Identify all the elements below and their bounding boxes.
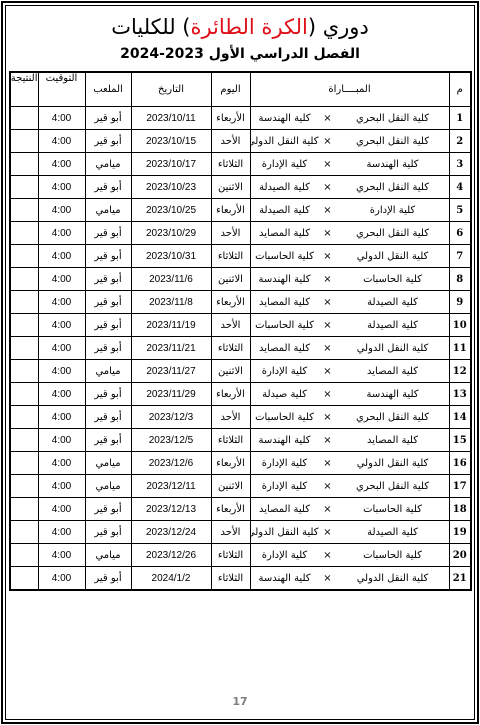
match-date: 2023/12/24 bbox=[131, 521, 211, 544]
match-day: الأحد bbox=[211, 314, 250, 337]
match-cell: كلية الصيدلة×كلية المصايد bbox=[250, 291, 449, 314]
match-time: 4:00 bbox=[38, 452, 85, 475]
match-number: 14 bbox=[449, 406, 471, 429]
home-team: كلية الصيدلة bbox=[337, 297, 449, 308]
home-team: كلية النقل الدولي bbox=[337, 343, 449, 354]
match-number: 7 bbox=[449, 245, 471, 268]
vs-symbol: × bbox=[319, 228, 337, 239]
match-date: 2023/11/29 bbox=[131, 383, 211, 406]
match-day: الأحد bbox=[211, 521, 250, 544]
match-venue: أبو قير bbox=[85, 498, 131, 521]
table-row: 13كلية الهندسة×كلية صيدلةالأربعاء2023/11… bbox=[10, 383, 471, 406]
away-team: كلية الإدارة bbox=[251, 366, 319, 377]
vs-symbol: × bbox=[319, 113, 337, 124]
match-day: الأربعاء bbox=[211, 291, 250, 314]
match-venue: أبو قير bbox=[85, 176, 131, 199]
away-team: كلية الهندسة bbox=[251, 573, 319, 584]
home-team: كلية النقل البحري bbox=[337, 228, 449, 239]
match-number: 10 bbox=[449, 314, 471, 337]
match-result bbox=[10, 176, 38, 199]
away-team: كلية الإدارة bbox=[251, 458, 319, 469]
match-number: 21 bbox=[449, 567, 471, 591]
vs-symbol: × bbox=[319, 412, 337, 423]
match-venue: أبو قير bbox=[85, 406, 131, 429]
vs-symbol: × bbox=[319, 504, 337, 515]
match-day: الثلاثاء bbox=[211, 544, 250, 567]
away-team: كلية صيدلة bbox=[251, 389, 319, 400]
vs-symbol: × bbox=[319, 205, 337, 216]
match-cell: كلية النقل البحري×كلية الصيدلة bbox=[250, 176, 449, 199]
match-result bbox=[10, 107, 38, 130]
match-venue: ميامي bbox=[85, 360, 131, 383]
match-result bbox=[10, 360, 38, 383]
match-time: 4:00 bbox=[38, 107, 85, 130]
table-row: 18كلية الحاسبات×كلية المصايدالأربعاء2023… bbox=[10, 498, 471, 521]
match-number: 5 bbox=[449, 199, 471, 222]
match-day: الثلاثاء bbox=[211, 567, 250, 591]
match-venue: أبو قير bbox=[85, 107, 131, 130]
vs-symbol: × bbox=[319, 481, 337, 492]
match-date: 2023/11/21 bbox=[131, 337, 211, 360]
table-row: 6كلية النقل البحري×كلية المصايدالأحد2023… bbox=[10, 222, 471, 245]
match-date: 2023/11/27 bbox=[131, 360, 211, 383]
match-time: 4:00 bbox=[38, 383, 85, 406]
home-team: كلية الهندسة bbox=[337, 159, 449, 170]
match-number: 15 bbox=[449, 429, 471, 452]
away-team: كلية الصيدلة bbox=[251, 182, 319, 193]
table-row: 12كلية المصايد×كلية الإدارةالاثنين2023/1… bbox=[10, 360, 471, 383]
match-venue: أبو قير bbox=[85, 383, 131, 406]
match-day: الأربعاء bbox=[211, 199, 250, 222]
table-row: 11كلية النقل الدولي×كلية المصايدالثلاثاء… bbox=[10, 337, 471, 360]
vs-symbol: × bbox=[319, 389, 337, 400]
match-number: 2 bbox=[449, 130, 471, 153]
match-day: الثلاثاء bbox=[211, 153, 250, 176]
match-number: 19 bbox=[449, 521, 471, 544]
match-venue: أبو قير bbox=[85, 222, 131, 245]
page-subtitle: الفصل الدراسي الأول 2023-2024 bbox=[0, 45, 480, 63]
match-day: الثلاثاء bbox=[211, 429, 250, 452]
match-venue: أبو قير bbox=[85, 429, 131, 452]
page-number: 17 bbox=[0, 695, 480, 708]
table-row: 17كلية النقل البحري×كلية الإدارةالاثنين2… bbox=[10, 475, 471, 498]
match-cell: كلية النقل البحري×كلية الهندسة bbox=[250, 107, 449, 130]
table-row: 16كلية النقل الدولي×كلية الإدارةالأربعاء… bbox=[10, 452, 471, 475]
match-cell: كلية المصايد×كلية الهندسة bbox=[250, 429, 449, 452]
match-date: 2023/10/31 bbox=[131, 245, 211, 268]
title-sport-highlight: الكرة الطائرة bbox=[190, 15, 307, 39]
table-row: 15كلية المصايد×كلية الهندسةالثلاثاء2023/… bbox=[10, 429, 471, 452]
home-team: كلية النقل البحري bbox=[337, 136, 449, 147]
away-team: كلية النقل الدولي bbox=[250, 136, 319, 147]
vs-symbol: × bbox=[319, 159, 337, 170]
match-venue: أبو قير bbox=[85, 521, 131, 544]
match-number: 16 bbox=[449, 452, 471, 475]
home-team: كلية النقل الدولي bbox=[337, 251, 449, 262]
title-suffix: ) للكليات bbox=[111, 15, 190, 39]
match-date: 2023/12/6 bbox=[131, 452, 211, 475]
table-row: 5كلية الإدارة×كلية الصيدلةالأربعاء2023/1… bbox=[10, 199, 471, 222]
match-cell: كلية النقل البحري×كلية النقل الدولي bbox=[250, 130, 449, 153]
home-team: كلية الحاسبات bbox=[337, 504, 449, 515]
match-venue: ميامي bbox=[85, 199, 131, 222]
match-day: الاثنين bbox=[211, 360, 250, 383]
home-team: كلية الحاسبات bbox=[337, 274, 449, 285]
match-day: الاثنين bbox=[211, 475, 250, 498]
match-time: 4:00 bbox=[38, 475, 85, 498]
match-date: 2023/10/25 bbox=[131, 199, 211, 222]
match-result bbox=[10, 429, 38, 452]
match-result bbox=[10, 245, 38, 268]
header-day: اليوم bbox=[211, 72, 250, 107]
match-day: الأربعاء bbox=[211, 498, 250, 521]
table-row: 8كلية الحاسبات×كلية الهندسةالاثنين2023/1… bbox=[10, 268, 471, 291]
match-time: 4:00 bbox=[38, 314, 85, 337]
away-team: كلية الحاسبات bbox=[251, 320, 319, 331]
match-cell: كلية الصيدلة×كلية النقل الدولي bbox=[250, 521, 449, 544]
match-day: الأحد bbox=[211, 406, 250, 429]
vs-symbol: × bbox=[319, 251, 337, 262]
match-number: 13 bbox=[449, 383, 471, 406]
match-cell: كلية الهندسة×كلية صيدلة bbox=[250, 383, 449, 406]
match-time: 4:00 bbox=[38, 337, 85, 360]
match-number: 3 bbox=[449, 153, 471, 176]
match-number: 11 bbox=[449, 337, 471, 360]
home-team: كلية النقل الدولي bbox=[337, 573, 449, 584]
match-result bbox=[10, 199, 38, 222]
home-team: كلية المصايد bbox=[337, 435, 449, 446]
table-row: 19كلية الصيدلة×كلية النقل الدوليالأحد202… bbox=[10, 521, 471, 544]
match-venue: أبو قير bbox=[85, 337, 131, 360]
match-number: 6 bbox=[449, 222, 471, 245]
header-no: م bbox=[449, 72, 471, 107]
match-time: 4:00 bbox=[38, 291, 85, 314]
table-row: 21كلية النقل الدولي×كلية الهندسةالثلاثاء… bbox=[10, 567, 471, 591]
match-cell: كلية النقل الدولي×كلية الإدارة bbox=[250, 452, 449, 475]
match-time: 4:00 bbox=[38, 429, 85, 452]
match-date: 2023/10/11 bbox=[131, 107, 211, 130]
match-day: الأربعاء bbox=[211, 107, 250, 130]
match-cell: كلية النقل البحري×كلية المصايد bbox=[250, 222, 449, 245]
match-number: 1 bbox=[449, 107, 471, 130]
vs-symbol: × bbox=[319, 297, 337, 308]
away-team: كلية المصايد bbox=[251, 228, 319, 239]
vs-symbol: × bbox=[319, 527, 337, 538]
table-row: 10كلية الصيدلة×كلية الحاسباتالأحد2023/11… bbox=[10, 314, 471, 337]
match-venue: أبو قير bbox=[85, 291, 131, 314]
match-cell: كلية المصايد×كلية الإدارة bbox=[250, 360, 449, 383]
vs-symbol: × bbox=[319, 320, 337, 331]
match-time: 4:00 bbox=[38, 130, 85, 153]
match-venue: أبو قير bbox=[85, 268, 131, 291]
away-team: كلية الصيدلة bbox=[251, 205, 319, 216]
table-row: 3كلية الهندسة×كلية الإدارةالثلاثاء2023/1… bbox=[10, 153, 471, 176]
away-team: كلية المصايد bbox=[251, 504, 319, 515]
match-time: 4:00 bbox=[38, 498, 85, 521]
away-team: كلية النقل الدولي bbox=[250, 527, 319, 538]
match-time: 4:00 bbox=[38, 360, 85, 383]
table-row: 7كلية النقل الدولي×كلية الحاسباتالثلاثاء… bbox=[10, 245, 471, 268]
match-result bbox=[10, 153, 38, 176]
away-team: كلية المصايد bbox=[251, 343, 319, 354]
match-result bbox=[10, 268, 38, 291]
match-date: 2024/1/2 bbox=[131, 567, 211, 591]
match-number: 4 bbox=[449, 176, 471, 199]
match-day: الأربعاء bbox=[211, 452, 250, 475]
match-date: 2023/10/17 bbox=[131, 153, 211, 176]
match-cell: كلية الهندسة×كلية الإدارة bbox=[250, 153, 449, 176]
match-date: 2023/12/5 bbox=[131, 429, 211, 452]
match-cell: كلية النقل الدولي×كلية الحاسبات bbox=[250, 245, 449, 268]
away-team: كلية الحاسبات bbox=[251, 412, 319, 423]
table-header-row: م المبــــاراة اليوم التاريخ الملعب التو… bbox=[10, 72, 471, 107]
match-venue: ميامي bbox=[85, 544, 131, 567]
match-date: 2023/10/23 bbox=[131, 176, 211, 199]
match-date: 2023/11/6 bbox=[131, 268, 211, 291]
match-number: 17 bbox=[449, 475, 471, 498]
away-team: كلية المصايد bbox=[251, 297, 319, 308]
home-team: كلية النقل البحري bbox=[337, 182, 449, 193]
away-team: كلية الإدارة bbox=[251, 550, 319, 561]
match-result bbox=[10, 544, 38, 567]
match-result bbox=[10, 337, 38, 360]
header-date: التاريخ bbox=[131, 72, 211, 107]
match-result bbox=[10, 452, 38, 475]
match-time: 4:00 bbox=[38, 245, 85, 268]
away-team: كلية الهندسة bbox=[251, 435, 319, 446]
away-team: كلية الهندسة bbox=[251, 274, 319, 285]
table-row: 2كلية النقل البحري×كلية النقل الدوليالأح… bbox=[10, 130, 471, 153]
match-cell: كلية الحاسبات×كلية الهندسة bbox=[250, 268, 449, 291]
match-result bbox=[10, 222, 38, 245]
match-time: 4:00 bbox=[38, 268, 85, 291]
away-team: كلية الهندسة bbox=[251, 113, 319, 124]
vs-symbol: × bbox=[319, 136, 337, 147]
match-cell: كلية الحاسبات×كلية الإدارة bbox=[250, 544, 449, 567]
home-team: كلية النقل البحري bbox=[337, 412, 449, 423]
match-result bbox=[10, 383, 38, 406]
match-venue: أبو قير bbox=[85, 567, 131, 591]
table-row: 14كلية النقل البحري×كلية الحاسباتالأحد20… bbox=[10, 406, 471, 429]
header-venue: الملعب bbox=[85, 72, 131, 107]
home-team: كلية الصيدلة bbox=[337, 527, 449, 538]
match-cell: كلية الصيدلة×كلية الحاسبات bbox=[250, 314, 449, 337]
match-date: 2023/12/13 bbox=[131, 498, 211, 521]
match-date: 2023/10/15 bbox=[131, 130, 211, 153]
table-row: 20كلية الحاسبات×كلية الإدارةالثلاثاء2023… bbox=[10, 544, 471, 567]
away-team: كلية الحاسبات bbox=[251, 251, 319, 262]
match-venue: أبو قير bbox=[85, 245, 131, 268]
match-cell: كلية النقل الدولي×كلية الهندسة bbox=[250, 567, 449, 591]
match-cell: كلية النقل الدولي×كلية المصايد bbox=[250, 337, 449, 360]
home-team: كلية الهندسة bbox=[337, 389, 449, 400]
match-time: 4:00 bbox=[38, 567, 85, 591]
match-venue: أبو قير bbox=[85, 314, 131, 337]
match-time: 4:00 bbox=[38, 222, 85, 245]
match-cell: كلية النقل البحري×كلية الحاسبات bbox=[250, 406, 449, 429]
match-cell: كلية الإدارة×كلية الصيدلة bbox=[250, 199, 449, 222]
vs-symbol: × bbox=[319, 573, 337, 584]
home-team: كلية الإدارة bbox=[337, 205, 449, 216]
schedule-table: م المبــــاراة اليوم التاريخ الملعب التو… bbox=[9, 71, 472, 591]
match-venue: ميامي bbox=[85, 153, 131, 176]
match-number: 9 bbox=[449, 291, 471, 314]
match-day: الأحد bbox=[211, 222, 250, 245]
match-day: الثلاثاء bbox=[211, 337, 250, 360]
match-date: 2023/11/19 bbox=[131, 314, 211, 337]
match-venue: أبو قير bbox=[85, 130, 131, 153]
vs-symbol: × bbox=[319, 550, 337, 561]
match-time: 4:00 bbox=[38, 199, 85, 222]
home-team: كلية الصيدلة bbox=[337, 320, 449, 331]
match-number: 8 bbox=[449, 268, 471, 291]
match-result bbox=[10, 567, 38, 591]
vs-symbol: × bbox=[319, 458, 337, 469]
home-team: كلية المصايد bbox=[337, 366, 449, 377]
header-match: المبــــاراة bbox=[250, 72, 449, 107]
match-result bbox=[10, 498, 38, 521]
match-day: الأربعاء bbox=[211, 383, 250, 406]
match-day: الأحد bbox=[211, 130, 250, 153]
match-time: 4:00 bbox=[38, 544, 85, 567]
match-cell: كلية النقل البحري×كلية الإدارة bbox=[250, 475, 449, 498]
vs-symbol: × bbox=[319, 435, 337, 446]
match-time: 4:00 bbox=[38, 176, 85, 199]
match-time: 4:00 bbox=[38, 406, 85, 429]
vs-symbol: × bbox=[319, 182, 337, 193]
vs-symbol: × bbox=[319, 343, 337, 354]
match-date: 2023/12/11 bbox=[131, 475, 211, 498]
match-number: 20 bbox=[449, 544, 471, 567]
away-team: كلية الإدارة bbox=[251, 159, 319, 170]
header-time: التوقيت bbox=[38, 72, 85, 107]
match-venue: ميامي bbox=[85, 452, 131, 475]
match-day: الاثنين bbox=[211, 176, 250, 199]
match-number: 18 bbox=[449, 498, 471, 521]
match-day: الثلاثاء bbox=[211, 245, 250, 268]
home-team: كلية النقل البحري bbox=[337, 481, 449, 492]
match-day: الاثنين bbox=[211, 268, 250, 291]
home-team: كلية النقل البحري bbox=[337, 113, 449, 124]
match-venue: ميامي bbox=[85, 475, 131, 498]
vs-symbol: × bbox=[319, 274, 337, 285]
title-prefix: دوري ( bbox=[308, 15, 369, 39]
table-row: 1كلية النقل البحري×كلية الهندسةالأربعاء2… bbox=[10, 107, 471, 130]
away-team: كلية الإدارة bbox=[251, 481, 319, 492]
match-date: 2023/11/8 bbox=[131, 291, 211, 314]
match-cell: كلية الحاسبات×كلية المصايد bbox=[250, 498, 449, 521]
match-number: 12 bbox=[449, 360, 471, 383]
match-date: 2023/10/29 bbox=[131, 222, 211, 245]
header-result: النتيجة bbox=[10, 72, 38, 107]
match-date: 2023/12/26 bbox=[131, 544, 211, 567]
vs-symbol: × bbox=[319, 366, 337, 377]
home-team: كلية النقل الدولي bbox=[337, 458, 449, 469]
home-team: كلية الحاسبات bbox=[337, 550, 449, 561]
match-result bbox=[10, 314, 38, 337]
page-title: دوري (الكرة الطائرة) للكليات bbox=[0, 14, 480, 40]
table-row: 9كلية الصيدلة×كلية المصايدالأربعاء2023/1… bbox=[10, 291, 471, 314]
table-row: 4كلية النقل البحري×كلية الصيدلةالاثنين20… bbox=[10, 176, 471, 199]
match-result bbox=[10, 291, 38, 314]
match-result bbox=[10, 475, 38, 498]
match-result bbox=[10, 521, 38, 544]
match-time: 4:00 bbox=[38, 521, 85, 544]
match-result bbox=[10, 406, 38, 429]
match-result bbox=[10, 130, 38, 153]
match-date: 2023/12/3 bbox=[131, 406, 211, 429]
schedule-body: 1كلية النقل البحري×كلية الهندسةالأربعاء2… bbox=[10, 107, 471, 591]
match-time: 4:00 bbox=[38, 153, 85, 176]
